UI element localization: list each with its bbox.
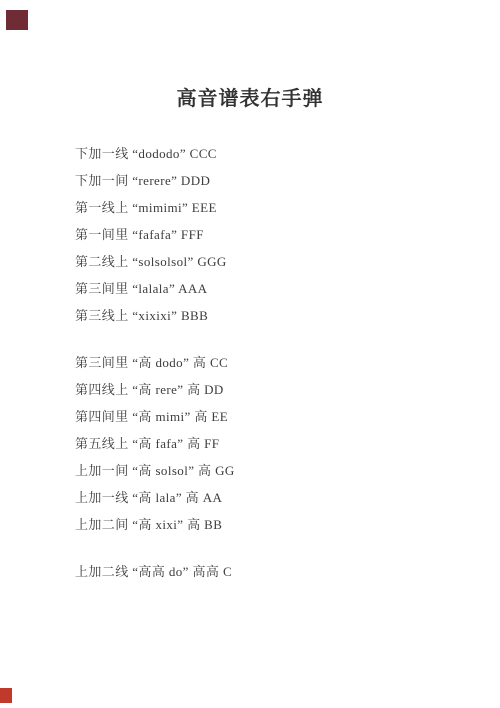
text-line: 第三间里 “lalala” AAA [75, 275, 500, 302]
note-list-high: 第三间里 “高 dodo” 高 CC 第四线上 “高 rere” 高 DD 第四… [75, 349, 500, 538]
text-line: 上加一线 “高 lala” 高 AA [75, 484, 500, 511]
corner-mark-top [6, 10, 28, 30]
text-line: 上加一间 “高 solsol” 高 GG [75, 457, 500, 484]
text-line: 第三间里 “高 dodo” 高 CC [75, 349, 500, 376]
text-line: 第一线上 “mimimi” EEE [75, 194, 500, 221]
page-title: 高音谱表右手弹 [0, 0, 500, 112]
text-line: 上加二线 “高高 do” 高高 C [75, 558, 500, 585]
corner-mark-bottom [0, 688, 12, 703]
text-line: 第五线上 “高 fafa” 高 FF [75, 430, 500, 457]
text-line: 下加一线 “dododo” CCC [75, 140, 500, 167]
text-line: 第一间里 “fafafa” FFF [75, 221, 500, 248]
text-line: 第三线上 “xixixi” BBB [75, 302, 500, 329]
document-page: 高音谱表右手弹 下加一线 “dododo” CCC 下加一间 “rerere” … [0, 0, 500, 708]
text-line: 下加一间 “rerere” DDD [75, 167, 500, 194]
document-body: 下加一线 “dododo” CCC 下加一间 “rerere” DDD 第一线上… [75, 140, 500, 585]
note-list-highest: 上加二线 “高高 do” 高高 C [75, 558, 500, 585]
text-line: 第四间里 “高 mimi” 高 EE [75, 403, 500, 430]
text-line: 第四线上 “高 rere” 高 DD [75, 376, 500, 403]
text-line: 上加二间 “高 xixi” 高 BB [75, 511, 500, 538]
note-list-low-middle: 下加一线 “dododo” CCC 下加一间 “rerere” DDD 第一线上… [75, 140, 500, 329]
text-line: 第二线上 “solsolsol” GGG [75, 248, 500, 275]
